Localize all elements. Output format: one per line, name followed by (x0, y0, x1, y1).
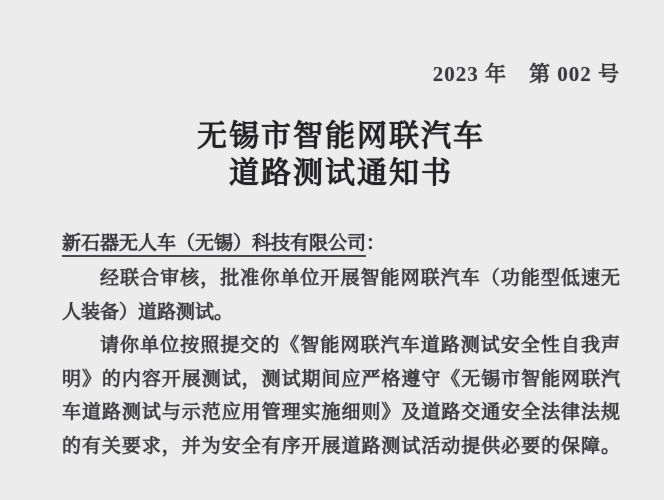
paragraph-2-line-4: 的有关要求，并为安全有序开展道路测试活动提供必要的保障。 (62, 430, 620, 464)
document-title: 无锡市智能网联汽车 道路测试通知书 (62, 118, 620, 192)
document-title-line-1: 无锡市智能网联汽车 (62, 118, 620, 155)
paragraph-2-line-2: 明》的内容开展测试，测试期间应严格遵守《无锡市智能网联汽 (62, 363, 620, 397)
addressee-line: 新石器无人车（无锡）科技有限公司： (62, 228, 385, 255)
notice-document-page: 2023 年 第 002 号 无锡市智能网联汽车 道路测试通知书 新石器无人车（… (0, 0, 664, 500)
addressee-company-name: 新石器无人车（无锡）科技有限公司 (62, 233, 366, 257)
paragraph-1-line-2: 人装备）道路测试。 (62, 296, 620, 330)
addressee-colon: ： (366, 233, 385, 254)
notice-body: 经联合审核，批准你单位开展智能网联汽车（功能型低速无 人装备）道路测试。 请你单… (62, 262, 620, 463)
paragraph-2-line-1: 请你单位按照提交的《智能网联汽车道路测试安全性自我声 (62, 329, 620, 363)
paragraph-2-line-3: 车道路测试与示范应用管理实施细则》及道路交通安全法律法规 (62, 396, 620, 430)
document-title-line-2: 道路测试通知书 (62, 155, 620, 192)
document-issue-number: 2023 年 第 002 号 (62, 58, 620, 88)
paragraph-1-line-1: 经联合审核，批准你单位开展智能网联汽车（功能型低速无 (62, 262, 620, 296)
